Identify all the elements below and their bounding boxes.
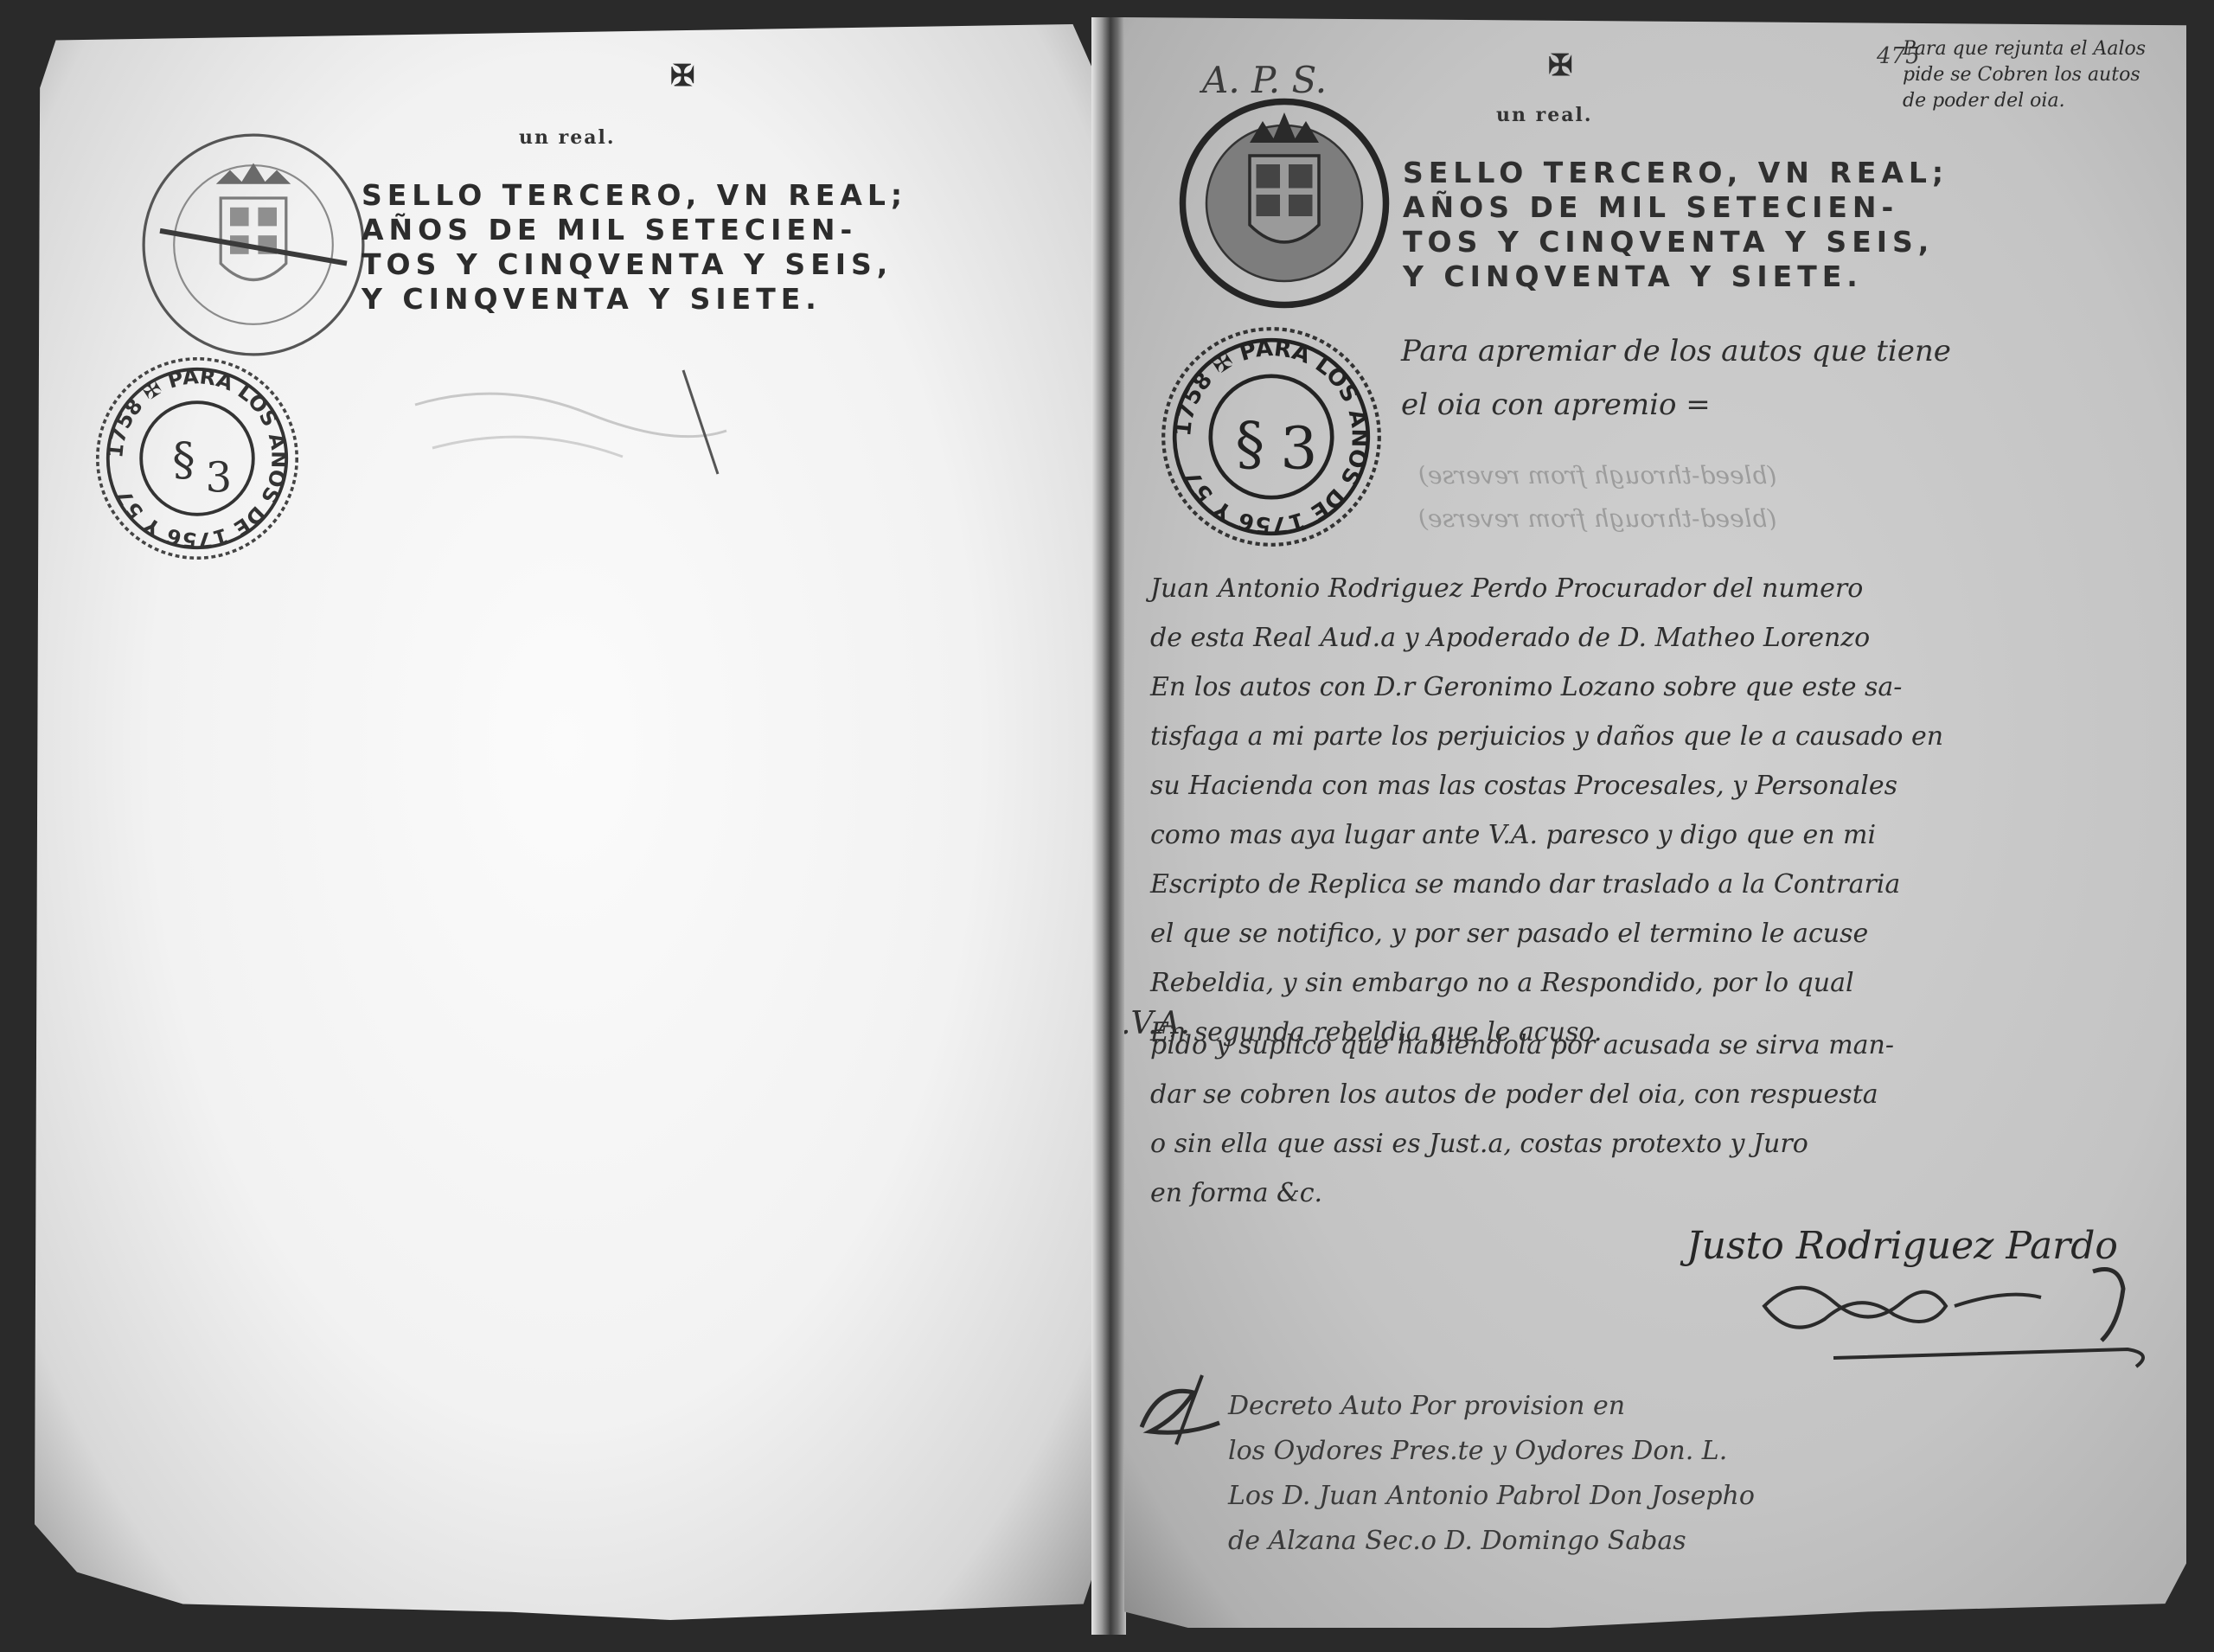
heading-text: Para apremiar de los autos que tiene el … bbox=[1401, 324, 1951, 432]
royal-seal-icon bbox=[1176, 95, 1392, 311]
svg-text:§: § bbox=[1235, 409, 1264, 477]
svg-text:§: § bbox=[172, 433, 195, 486]
binding-gutter bbox=[1091, 17, 1126, 1635]
faint-offset-marks bbox=[398, 353, 744, 483]
svg-text:3: 3 bbox=[206, 453, 233, 502]
denomination-label: un real. bbox=[519, 126, 616, 149]
svg-text:1758 ✠ PARA LOS ANOS DE 1756 Y: 1758 ✠ PARA LOS ANOS DE 1756 Y 57 bbox=[103, 364, 291, 553]
decree-text: Decreto Auto Por provision en los Oydore… bbox=[1228, 1384, 1755, 1564]
right-page: A. P. S. ✠ un real. 475 Para que rejunta… bbox=[1124, 17, 2186, 1628]
royal-seal-icon bbox=[137, 128, 370, 362]
left-page: ✠ un real. SELLO TERCERO, VN REAL; AÑOS … bbox=[35, 24, 1094, 1620]
stamp-header: SELLO TERCERO, VN REAL; AÑOS DE MIL SETE… bbox=[1403, 156, 1948, 294]
marginal-note: Para que rejunta el Aalos pide se Cobren… bbox=[1903, 36, 2146, 114]
cross-icon: ✠ bbox=[1548, 48, 1573, 83]
tax-seal-icon: § 3 1758 ✠ PARA LOS ANOS DE 1756 Y 57 bbox=[93, 355, 301, 562]
bleed-through-text: (bleed-through from reverse) (bleed-thro… bbox=[1418, 454, 1776, 541]
petition-body: Juan Antonio Rodriguez Perdo Procurador … bbox=[1150, 564, 1943, 1057]
denomination-label: un real. bbox=[1496, 104, 1593, 126]
signature-rubric bbox=[1730, 1254, 2162, 1384]
petition-request: pido y suplico que habiendola por acusad… bbox=[1150, 1021, 1894, 1218]
svg-text:3: 3 bbox=[1280, 413, 1317, 482]
tax-seal-icon: § 3 1758 ✠ PARA LOS ANOS DE 1756 Y 57 bbox=[1159, 324, 1384, 549]
svg-text:1758 ✠ PARA LOS ANOS DE 1756 Y: 1758 ✠ PARA LOS ANOS DE 1756 Y 57 bbox=[1170, 336, 1373, 538]
stamp-header: SELLO TERCERO, VN REAL; AÑOS DE MIL SETE… bbox=[362, 178, 907, 317]
cross-icon: ✠ bbox=[670, 59, 695, 93]
